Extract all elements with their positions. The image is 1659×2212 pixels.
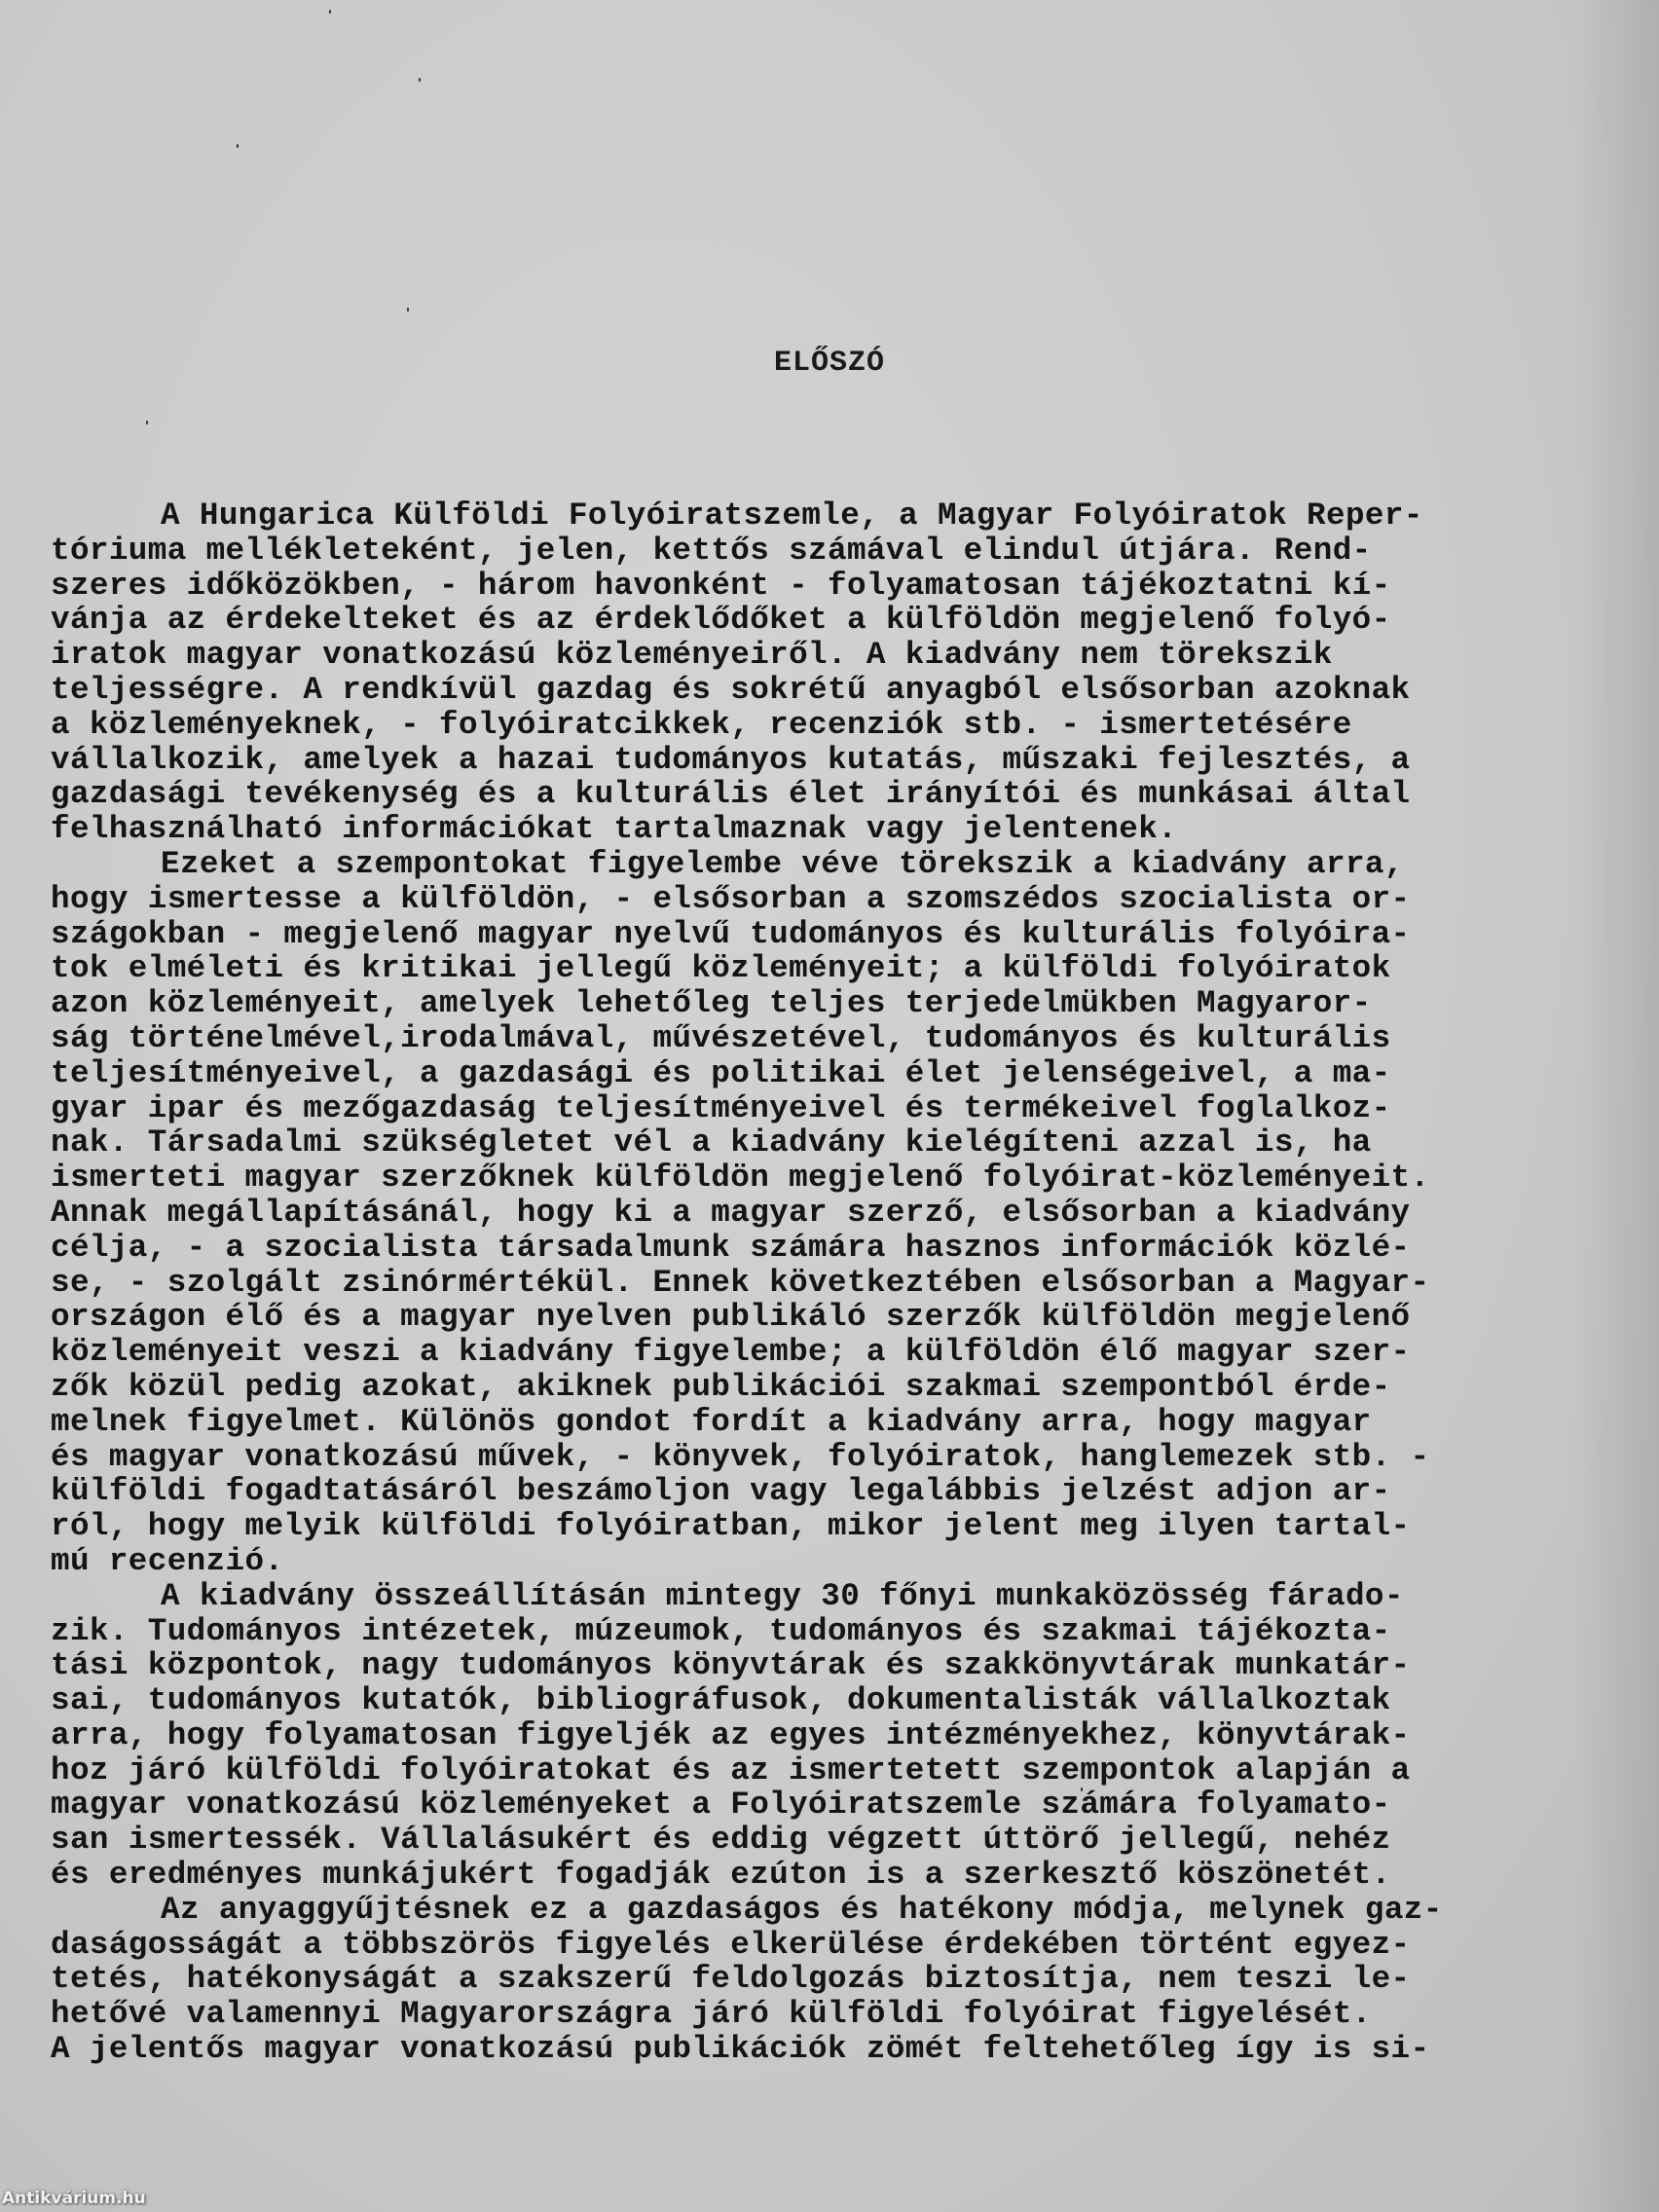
text-line: nak. Társadalmi szükségletet vél a kiadv… [51,1125,1618,1161]
paper-speck [419,78,421,82]
text-line: mú recenzió. [51,1544,1618,1579]
text-line: melnek figyelmet. Különös gondot fordít … [51,1405,1618,1440]
paper-speck [329,10,331,14]
text-line: hogy ismertesse a külföldön, - elsősorba… [51,882,1618,917]
text-line: gazdasági tevékenység és a kulturális él… [51,777,1618,812]
text-line: tok elméleti és kritikai jellegű közlemé… [51,951,1618,986]
text-line: ról, hogy melyik külföldi folyóiratban, … [51,1509,1618,1544]
watermark-logo: Antikvárium.hu [2,2189,146,2208]
text-line: vánja az érdekelteket és az érdeklődőket… [51,603,1618,638]
text-line: Az anyaggyűjtésnek ez a gazdaságos és ha… [51,1893,1618,1928]
text-line: célja, - a szocialista társadalmunk szám… [51,1231,1618,1266]
text-line: szágokban - megjelenő magyar nyelvű tudo… [51,917,1618,952]
text-line: gyar ipar és mezőgazdaság teljesítményei… [51,1091,1618,1126]
text-line: teljességre. A rendkívül gazdag és sokré… [51,673,1618,708]
text-line: felhasználható információkat tartalmazna… [51,812,1618,847]
text-line: zik. Tudományos intézetek, múzeumok, tud… [51,1614,1618,1649]
text-line: tási központok, nagy tudományos könyvtár… [51,1648,1618,1683]
paper-speck [146,421,148,424]
text-line: azon közleményeit, amelyek lehetőleg tel… [51,986,1618,1021]
text-line: A Hungarica Külföldi Folyóiratszemle, a … [51,498,1618,534]
text-line: tetés, hatékonyságát a szakszerű feldolg… [51,1962,1618,1997]
text-line: arra, hogy folyamatosan figyeljék az egy… [51,1718,1618,1753]
text-line: zők közül pedig azokat, akiknek publikác… [51,1370,1618,1405]
text-line: A kiadvány összeállításán mintegy 30 főn… [51,1579,1618,1614]
text-line: Annak megállapításánál, hogy ki a magyar… [51,1196,1618,1231]
text-line: A jelentős magyar vonatkozású publikáció… [51,2032,1618,2067]
paper-speck [237,144,239,148]
text-line: teljesítményeivel, a gazdasági és politi… [51,1056,1618,1091]
text-line: szeres időközökben, - három havonként - … [51,569,1618,604]
text-line: se, - szolgált zsinórmértékül. Ennek köv… [51,1266,1618,1301]
text-line: vállalkozik, amelyek a hazai tudományos … [51,743,1618,778]
text-line: magyar vonatkozású közleményeket a Folyó… [51,1788,1618,1823]
text-line: hoz járó külföldi folyóiratokat és az is… [51,1753,1618,1788]
text-line: daságosságát a többszörös figyelés elker… [51,1928,1618,1963]
text-line: sai, tudományos kutatók, bibliográfusok,… [51,1683,1618,1718]
scanned-page: ELŐSZÓ A Hungarica Külföldi Folyóiratsze… [0,0,1659,2212]
text-line: és eredményes munkájukért fogadják ezúto… [51,1858,1618,1893]
text-line: tóriuma mellékleteként, jelen, kettős sz… [51,534,1618,569]
text-line: Ezeket a szempontokat figyelembe véve tö… [51,847,1618,882]
text-line: ság történelmével,irodalmával, művészeté… [51,1021,1618,1056]
page-title: ELŐSZÓ [0,347,1659,380]
text-line: iratok magyar vonatkozású közleményeiről… [51,638,1618,673]
text-line: a közleményeknek, - folyóiratcikkek, rec… [51,708,1618,743]
text-line: hetővé valamennyi Magyarországra járó kü… [51,1997,1618,2032]
preface-body: A Hungarica Külföldi Folyóiratszemle, a … [51,498,1618,2067]
text-line: közleményeit veszi a kiadvány figyelembe… [51,1335,1618,1370]
text-line: san ismertessék. Vállalásukért és eddig … [51,1823,1618,1858]
text-line: ismerteti magyar szerzőknek külföldön me… [51,1161,1618,1196]
text-line: országon élő és a magyar nyelven publiká… [51,1300,1618,1335]
paper-speck [407,308,409,312]
text-line: és magyar vonatkozású művek, - könyvek, … [51,1440,1618,1475]
text-line: külföldi fogadtatásáról beszámoljon vagy… [51,1474,1618,1509]
